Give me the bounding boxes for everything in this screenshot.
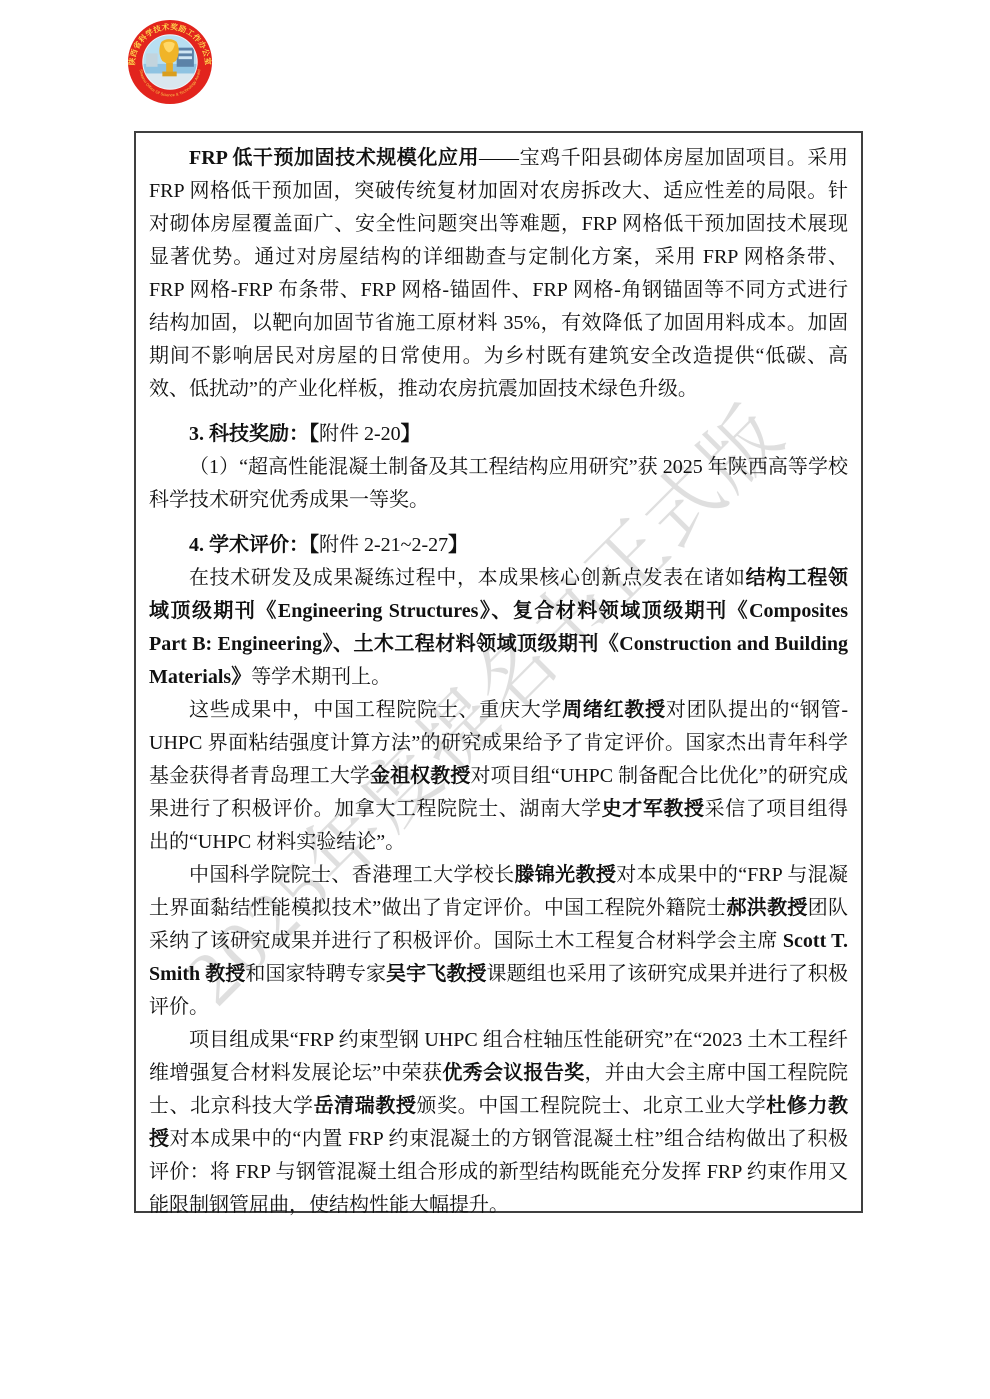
bold-run: 金祖权教授 — [370, 765, 470, 787]
text-run: 附件 2-21~2-27 — [319, 534, 448, 556]
bold-run: 】 — [448, 534, 468, 556]
para-expert-evaluations-2: 中国科学院院士、香港理工大学校长滕锦光教授对本成果中的“FRP 与混凝土界面黏结… — [149, 859, 848, 1024]
bold-run: FRP 低干预加固技术规模化应用 — [189, 147, 479, 169]
bold-run: 史才军教授 — [602, 798, 705, 820]
text-run: 这些成果中，中国工程院院士、重庆大学 — [189, 699, 562, 721]
seal-center-image — [143, 35, 197, 89]
bold-run: 优秀会议报告奖 — [442, 1062, 584, 1084]
bold-run: 周绪红教授 — [562, 699, 666, 721]
text-run: 等学术期刊上。 — [251, 666, 391, 688]
text-run: 在技术研发及成果凝练过程中，本成果核心创新点发表在诸如 — [189, 567, 746, 589]
document-table-cell: FRP 低干预加固技术规模化应用——宝鸡千阳县砌体房屋加固项目。采用 FRP 网… — [134, 131, 863, 1213]
para-expert-evaluations-1: 这些成果中，中国工程院院士、重庆大学周绪红教授对团队提出的“钢管-UHPC 界面… — [149, 694, 848, 859]
bold-run: 4. 学术评价：【 — [189, 534, 319, 556]
text-run: ——宝鸡千阳县砌体房屋加固项目。采用 FRP 网格低干预加固，突破传统复材加固对… — [149, 147, 848, 400]
bold-run: 吴宇飞教授 — [386, 963, 486, 985]
text-run: 颁奖。中国工程院院士、北京工业大学 — [417, 1095, 767, 1117]
text-run: 附件 2-20 — [319, 423, 401, 445]
bold-run: 滕锦光教授 — [514, 864, 616, 886]
document-body: FRP 低干预加固技术规模化应用——宝鸡千阳县砌体房屋加固项目。采用 FRP 网… — [149, 142, 848, 1222]
para-conference-award: 项目组成果“FRP 约束型钢 UHPC 组合柱轴压性能研究”在“2023 土木工… — [149, 1024, 848, 1222]
text-run: 和国家特聘专家 — [245, 963, 386, 985]
para-frp-application: FRP 低干预加固技术规模化应用——宝鸡千阳县砌体房屋加固项目。采用 FRP 网… — [149, 142, 848, 406]
para-award-item: （1）“超高性能混凝土制备及其工程结构应用研究”获 2025 年陕西高等学校科学… — [149, 451, 848, 517]
org-seal-icon: 陕西省科学技术奖励工作办公室 Shaanxi Office Of Science… — [127, 19, 213, 105]
text-run: 中国科学院院士、香港理工大学校长 — [189, 864, 514, 886]
text-run: （1）“超高性能混凝土制备及其工程结构应用研究”获 2025 年陕西高等学校科学… — [149, 456, 848, 511]
heading-tech-awards: 3. 科技奖励：【附件 2-20】 — [149, 418, 848, 451]
para-journals: 在技术研发及成果凝练过程中，本成果核心创新点发表在诸如结构工程领域顶级期刊《En… — [149, 562, 848, 694]
heading-academic-evaluation: 4. 学术评价：【附件 2-21~2-27】 — [149, 529, 848, 562]
text-run: 对本成果中的“内置 FRP 约束混凝土的方钢管混凝土柱”组合结构做出了积极评价：… — [149, 1128, 848, 1216]
bold-run: 岳清瑞教授 — [314, 1095, 417, 1117]
bold-run: 3. 科技奖励：【 — [189, 423, 319, 445]
bold-run: 】 — [401, 423, 421, 445]
bold-run: 郝洪教授 — [727, 897, 808, 919]
